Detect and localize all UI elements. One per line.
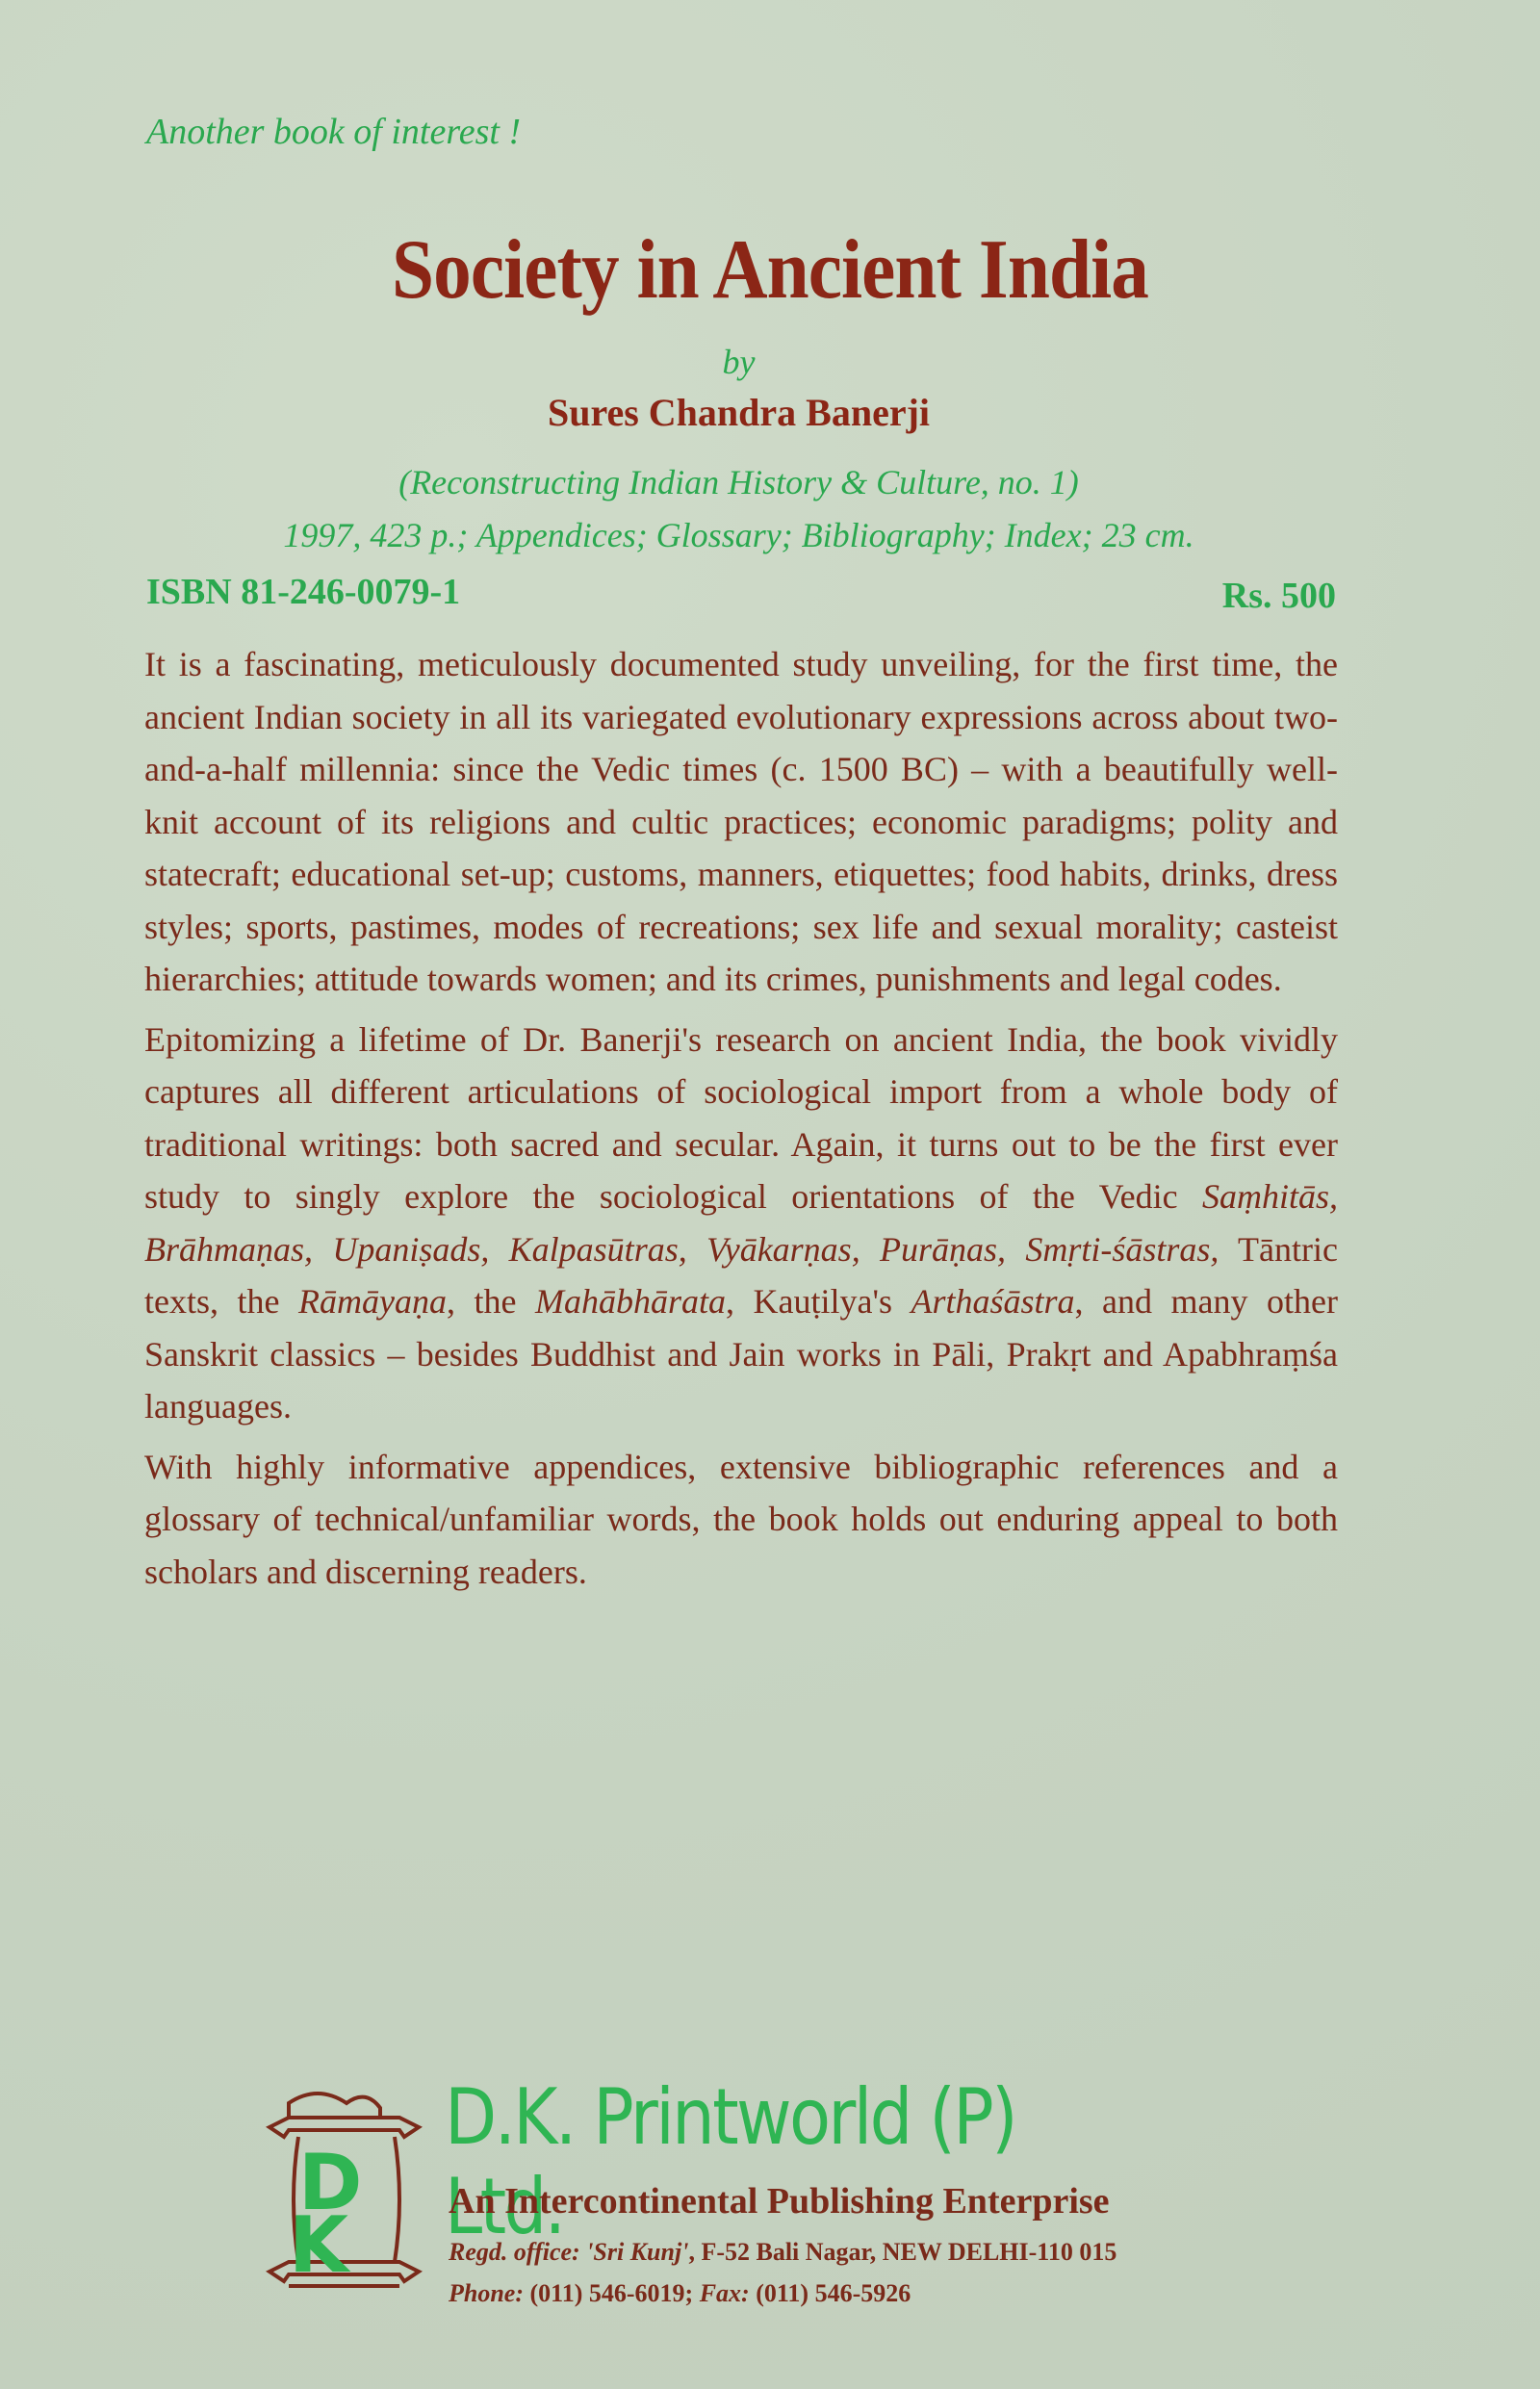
series-info: (Reconstructing Indian History & Culture… (0, 462, 1477, 502)
fax-label: Fax: (700, 2279, 750, 2307)
italic-text: Mahābhārata (535, 1282, 726, 1321)
text-span: Epitomizing a lifetime of Dr. Banerji's … (144, 1020, 1338, 1217)
description-paragraph-2: Epitomizing a lifetime of Dr. Banerji's … (144, 1014, 1338, 1433)
book-specs: 1997, 423 p.; Appendices; Glossary; Bibl… (0, 515, 1477, 555)
text-span: , the (447, 1282, 535, 1321)
address-text: , F-52 Bali Nagar, NEW DELHI-110 015 (688, 2238, 1116, 2266)
author-name: Sures Chandra Banerji (0, 390, 1477, 435)
publisher-logo-icon: D K (260, 2084, 428, 2305)
address-label: Regd. office: 'Sri Kunj' (449, 2238, 688, 2266)
italic-text: Rāmāyaṇa (298, 1282, 447, 1321)
tagline: Another book of interest ! (146, 111, 521, 153)
svg-text:K: K (289, 2200, 351, 2290)
description: It is a fascinating, meticulously docume… (144, 638, 1338, 1606)
price: Rs. 500 (1222, 575, 1336, 617)
phone-label: Phone: (449, 2279, 524, 2307)
by-label: by (0, 342, 1477, 382)
publisher-name: D.K. Printworld (P) Ltd. (445, 2072, 1146, 2251)
publisher-address: Regd. office: 'Sri Kunj', F-52 Bali Naga… (449, 2238, 1116, 2267)
description-paragraph-3: With highly informative appendices, exte… (144, 1441, 1338, 1599)
italic-text: Arthaśāstra (911, 1282, 1074, 1321)
publisher-tagline: An Intercontinental Publishing Enterpris… (449, 2180, 1110, 2222)
book-title: Society in Ancient India (77, 221, 1463, 319)
phone-number: (011) 546-6019; (524, 2279, 700, 2307)
text-span: , Kauṭilya's (726, 1282, 911, 1321)
isbn: ISBN 81-246-0079-1 (146, 571, 460, 613)
publisher-contact: Phone: (011) 546-6019; Fax: (011) 546-59… (449, 2279, 911, 2308)
description-paragraph-1: It is a fascinating, meticulously docume… (144, 638, 1338, 1006)
fax-number: (011) 546-5926 (750, 2279, 911, 2307)
publisher-block: D K D.K. Printworld (P) Ltd. An Intercon… (260, 2084, 1242, 2305)
